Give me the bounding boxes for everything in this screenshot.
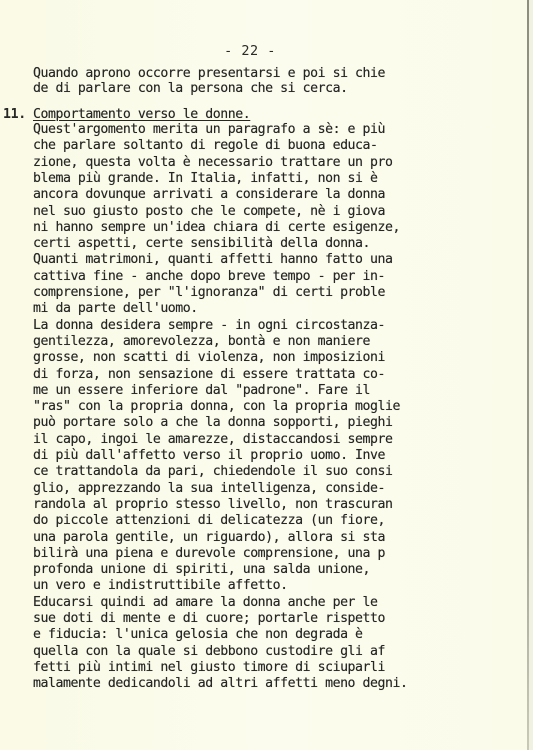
- body-line: gentilezza, amorevolezza, bontà e non ma…: [33, 334, 370, 350]
- body-line: do piccole attenzioni di delicatezza (un…: [33, 513, 385, 529]
- body-line: ancora dovunque arrivati a considerare l…: [33, 187, 385, 203]
- body-line: profonda unione di spiriti, una salda un…: [33, 562, 370, 578]
- body-line: comprensione, per "l'ignoranza" di certi…: [33, 285, 385, 301]
- body-line: randola al proprio stesso livello, non t…: [33, 497, 393, 513]
- body-line: sue doti di mente e di cuore; portarle r…: [33, 611, 385, 627]
- body-line: glio, apprezzando la sua intelligenza, c…: [33, 481, 385, 497]
- body-line: un vero e indistruttibile affetto.: [33, 578, 288, 594]
- body-line: ni hanno sempre un'idea chiara di certe …: [33, 220, 400, 236]
- section-heading: Comportamento verso le donne.: [33, 107, 250, 123]
- body-line: malamente dedicandoli ad altri affetti m…: [33, 676, 407, 692]
- body-line: di forza, non sensazione di essere tratt…: [33, 367, 385, 383]
- body-line: il capo, ingoi le amarezze, distaccandos…: [33, 432, 393, 448]
- body-line: bilirà una piena e durevole comprensione…: [33, 546, 385, 562]
- body-line: che parlare soltanto di regole di buona …: [33, 138, 378, 154]
- page-number: - 22 -: [0, 43, 500, 59]
- body-line: e fiducia: l'unica gelosia che non degra…: [33, 627, 363, 643]
- body-line: fetti più intimi nel giusto timore di sc…: [33, 660, 385, 676]
- body-line: zione, questa volta è necessario trattar…: [33, 155, 393, 171]
- body-line: cattiva fine - anche dopo breve tempo - …: [33, 269, 385, 285]
- page-edge-shadow: [529, 0, 533, 750]
- body-line: nel suo giusto posto che le compete, nè …: [33, 204, 385, 220]
- document-page: - 22 - Quando aprono occorre presentarsi…: [0, 0, 533, 750]
- body-line: "ras" con la propria donna, con la propr…: [33, 399, 400, 415]
- body-line: certi aspetti, certe sensibilità della d…: [33, 236, 370, 252]
- intro-line: de di parlare con la persona che si cerc…: [33, 81, 348, 97]
- body-line: Quanti matrimoni, quanti affetti hanno f…: [33, 252, 393, 268]
- intro-line: Quando aprono occorre presentarsi e poi …: [33, 66, 385, 82]
- body-line: una parola gentile, un riguardo), allora…: [33, 530, 385, 546]
- page-edge: [527, 0, 529, 750]
- body-line: ce trattandola da pari, chiedendole il s…: [33, 464, 393, 480]
- section-number: 11.: [3, 107, 26, 123]
- body-line: blema più grande. In Italia, infatti, no…: [33, 171, 378, 187]
- body-line: può portare solo a che la donna sopporti…: [33, 415, 393, 431]
- body-line: mi da parte dell'uomo.: [33, 301, 198, 317]
- body-line: Educarsi quindi ad amare la donna anche …: [33, 595, 378, 611]
- body-line: Quest'argomento merita un paragrafo a sè…: [33, 122, 385, 138]
- body-line: di più dall'affetto verso il proprio uom…: [33, 448, 385, 464]
- body-line: me un essere inferiore dal "padrone". Fa…: [33, 383, 370, 399]
- body-line: La donna desidera sempre - in ogni circo…: [33, 318, 385, 334]
- body-line: grosse, non scatti di violenza, non impo…: [33, 350, 385, 366]
- body-line: quella con la quale si debbono custodire…: [33, 644, 385, 660]
